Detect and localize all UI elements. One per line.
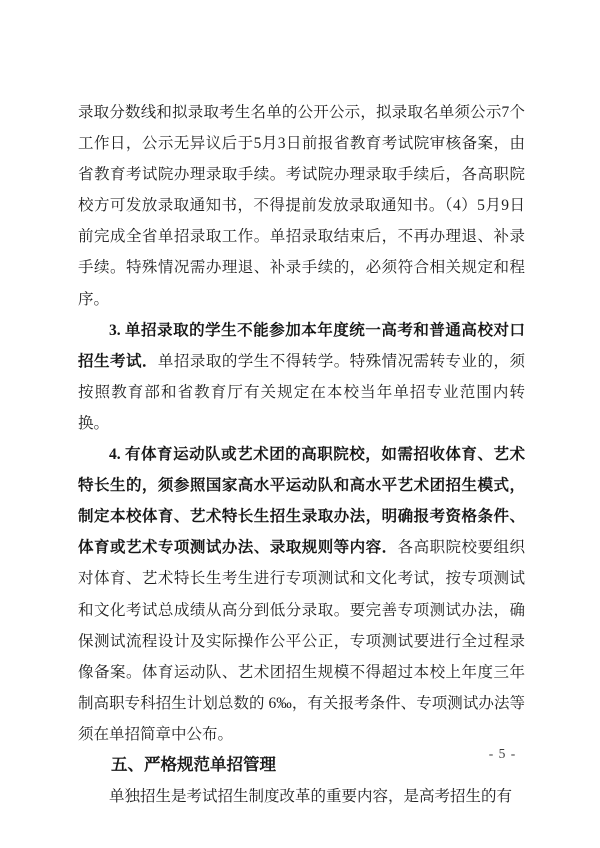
document-body: 录取分数线和拟录取考生名单的公开公示，拟录取名单须公示7个工作日，公示无异议后于… <box>78 97 525 812</box>
section-heading: 五、严格规范单招管理 <box>78 750 525 781</box>
paragraph-closing: 单独招生是考试招生制度改革的重要内容，是高考招生的有 <box>78 781 525 812</box>
item-4-body-text: 各高职院校要组织对体育、艺术特长生考生进行专项测试和文化考试，按专项测试和文化考… <box>78 539 525 743</box>
closing-body-text: 单独招生是考试招生制度改革的重要内容，是高考招生的有 <box>109 788 512 805</box>
paragraph-continuation: 录取分数线和拟录取考生名单的公开公示，拟录取名单须公示7个工作日，公示无异议后于… <box>78 97 525 315</box>
paragraph-item-4: 4. 有体育运动队或艺术团的高职院校，如需招收体育、艺术特长生的，须参照国家高水… <box>78 439 525 750</box>
body-text: 录取分数线和拟录取考生名单的公开公示，拟录取名单须公示7个工作日，公示无异议后于… <box>78 104 525 308</box>
paragraph-item-3: 3. 单招录取的学生不能参加本年度统一高考和普通高校对口招生考试．单招录取的学生… <box>78 315 525 439</box>
document-page: 录取分数线和拟录取考生名单的公开公示，拟录取名单须公示7个工作日，公示无异议后于… <box>0 0 600 848</box>
page-number: - 5 - <box>480 746 525 762</box>
